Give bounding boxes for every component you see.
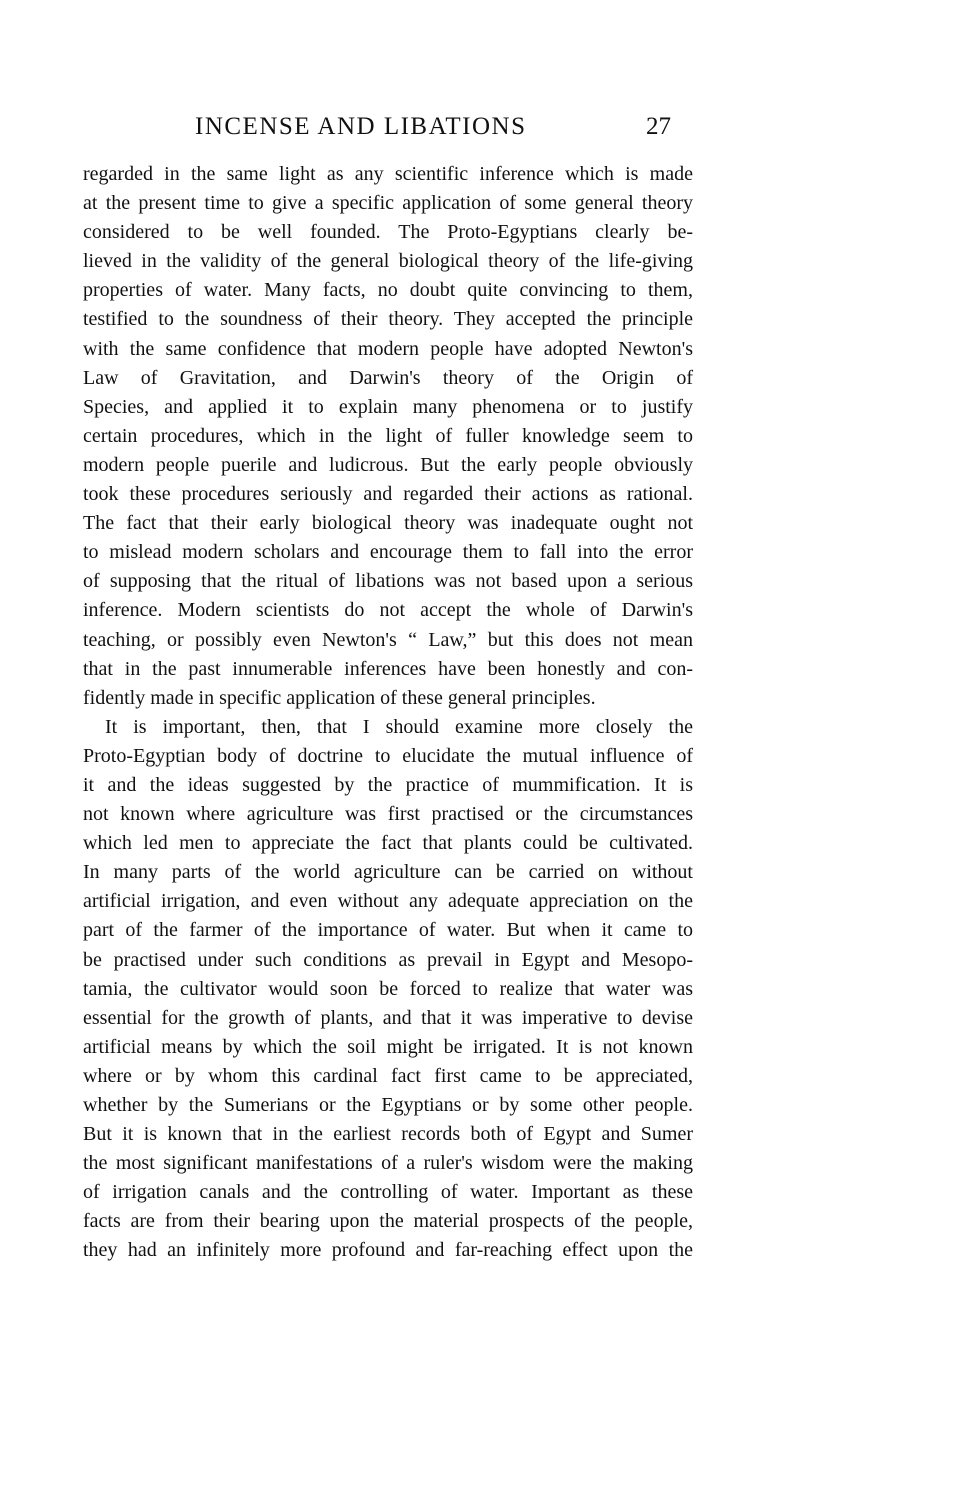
text-line: certain procedures, which in the light o… — [83, 422, 693, 451]
text-line: with the same confidence that modern peo… — [83, 335, 693, 364]
text-line: regarded in the same light as any scient… — [83, 160, 693, 189]
text-line: Law of Gravitation, and Darwin's theory … — [83, 364, 693, 393]
text-line: artificial irrigation, and even without … — [83, 887, 693, 916]
text-line: In many parts of the world agriculture c… — [83, 858, 693, 887]
text-line: it and the ideas suggested by the practi… — [83, 771, 693, 800]
body-text: regarded in the same light as any scient… — [83, 160, 693, 1266]
paragraph-2: It is important, then, that I should exa… — [83, 713, 693, 1266]
text-line: they had an infinitely more profound and… — [83, 1236, 693, 1265]
text-line: at the present time to give a specific a… — [83, 189, 693, 218]
text-line: It is important, then, that I should exa… — [83, 713, 693, 742]
text-line: Proto-Egyptian body of doctrine to eluci… — [83, 742, 693, 771]
text-line: of supposing that the ritual of libation… — [83, 567, 693, 596]
text-line: modern people puerile and ludicrous. But… — [83, 451, 693, 480]
text-line: But it is known that in the earliest rec… — [83, 1120, 693, 1149]
text-line: be practised under such conditions as pr… — [83, 946, 693, 975]
text-line: part of the farmer of the importance of … — [83, 916, 693, 945]
text-line: artificial means by which the soil might… — [83, 1033, 693, 1062]
book-page: INCENSE AND LIBATIONS 27 regarded in the… — [0, 0, 979, 1496]
text-line: essential for the growth of plants, and … — [83, 1004, 693, 1033]
text-line: The fact that their early biological the… — [83, 509, 693, 538]
paragraph-1: regarded in the same light as any scient… — [83, 160, 693, 713]
text-line: lieved in the validity of the general bi… — [83, 247, 693, 276]
text-line: that in the past innumerable inferences … — [83, 655, 693, 684]
text-line: took these procedures seriously and rega… — [83, 480, 693, 509]
text-line: properties of water. Many facts, no doub… — [83, 276, 693, 305]
text-line: Species, and applied it to explain many … — [83, 393, 693, 422]
text-line: facts are from their bearing upon the ma… — [83, 1207, 693, 1236]
text-line: whether by the Sumerians or the Egyptian… — [83, 1091, 693, 1120]
text-line: teaching, or possibly even Newton's “ La… — [83, 626, 693, 655]
text-line: considered to be well founded. The Proto… — [83, 218, 693, 247]
text-line: of irrigation canals and the controlling… — [83, 1178, 693, 1207]
text-line: fidently made in specific application of… — [83, 684, 693, 713]
text-line: tamia, the cultivator would soon be forc… — [83, 975, 693, 1004]
text-line: which led men to appreciate the fact tha… — [83, 829, 693, 858]
text-line: where or by whom this cardinal fact firs… — [83, 1062, 693, 1091]
text-line: inference. Modern scientists do not acce… — [83, 596, 693, 625]
running-head: INCENSE AND LIBATIONS 27 — [0, 110, 979, 144]
text-line: not known where agriculture was first pr… — [83, 800, 693, 829]
text-line: to mislead modern scholars and encourage… — [83, 538, 693, 567]
running-title: INCENSE AND LIBATIONS — [195, 110, 527, 144]
text-line: the most significant manifestations of a… — [83, 1149, 693, 1178]
page-number: 27 — [646, 110, 671, 144]
text-line: testified to the soundness of their theo… — [83, 305, 693, 334]
